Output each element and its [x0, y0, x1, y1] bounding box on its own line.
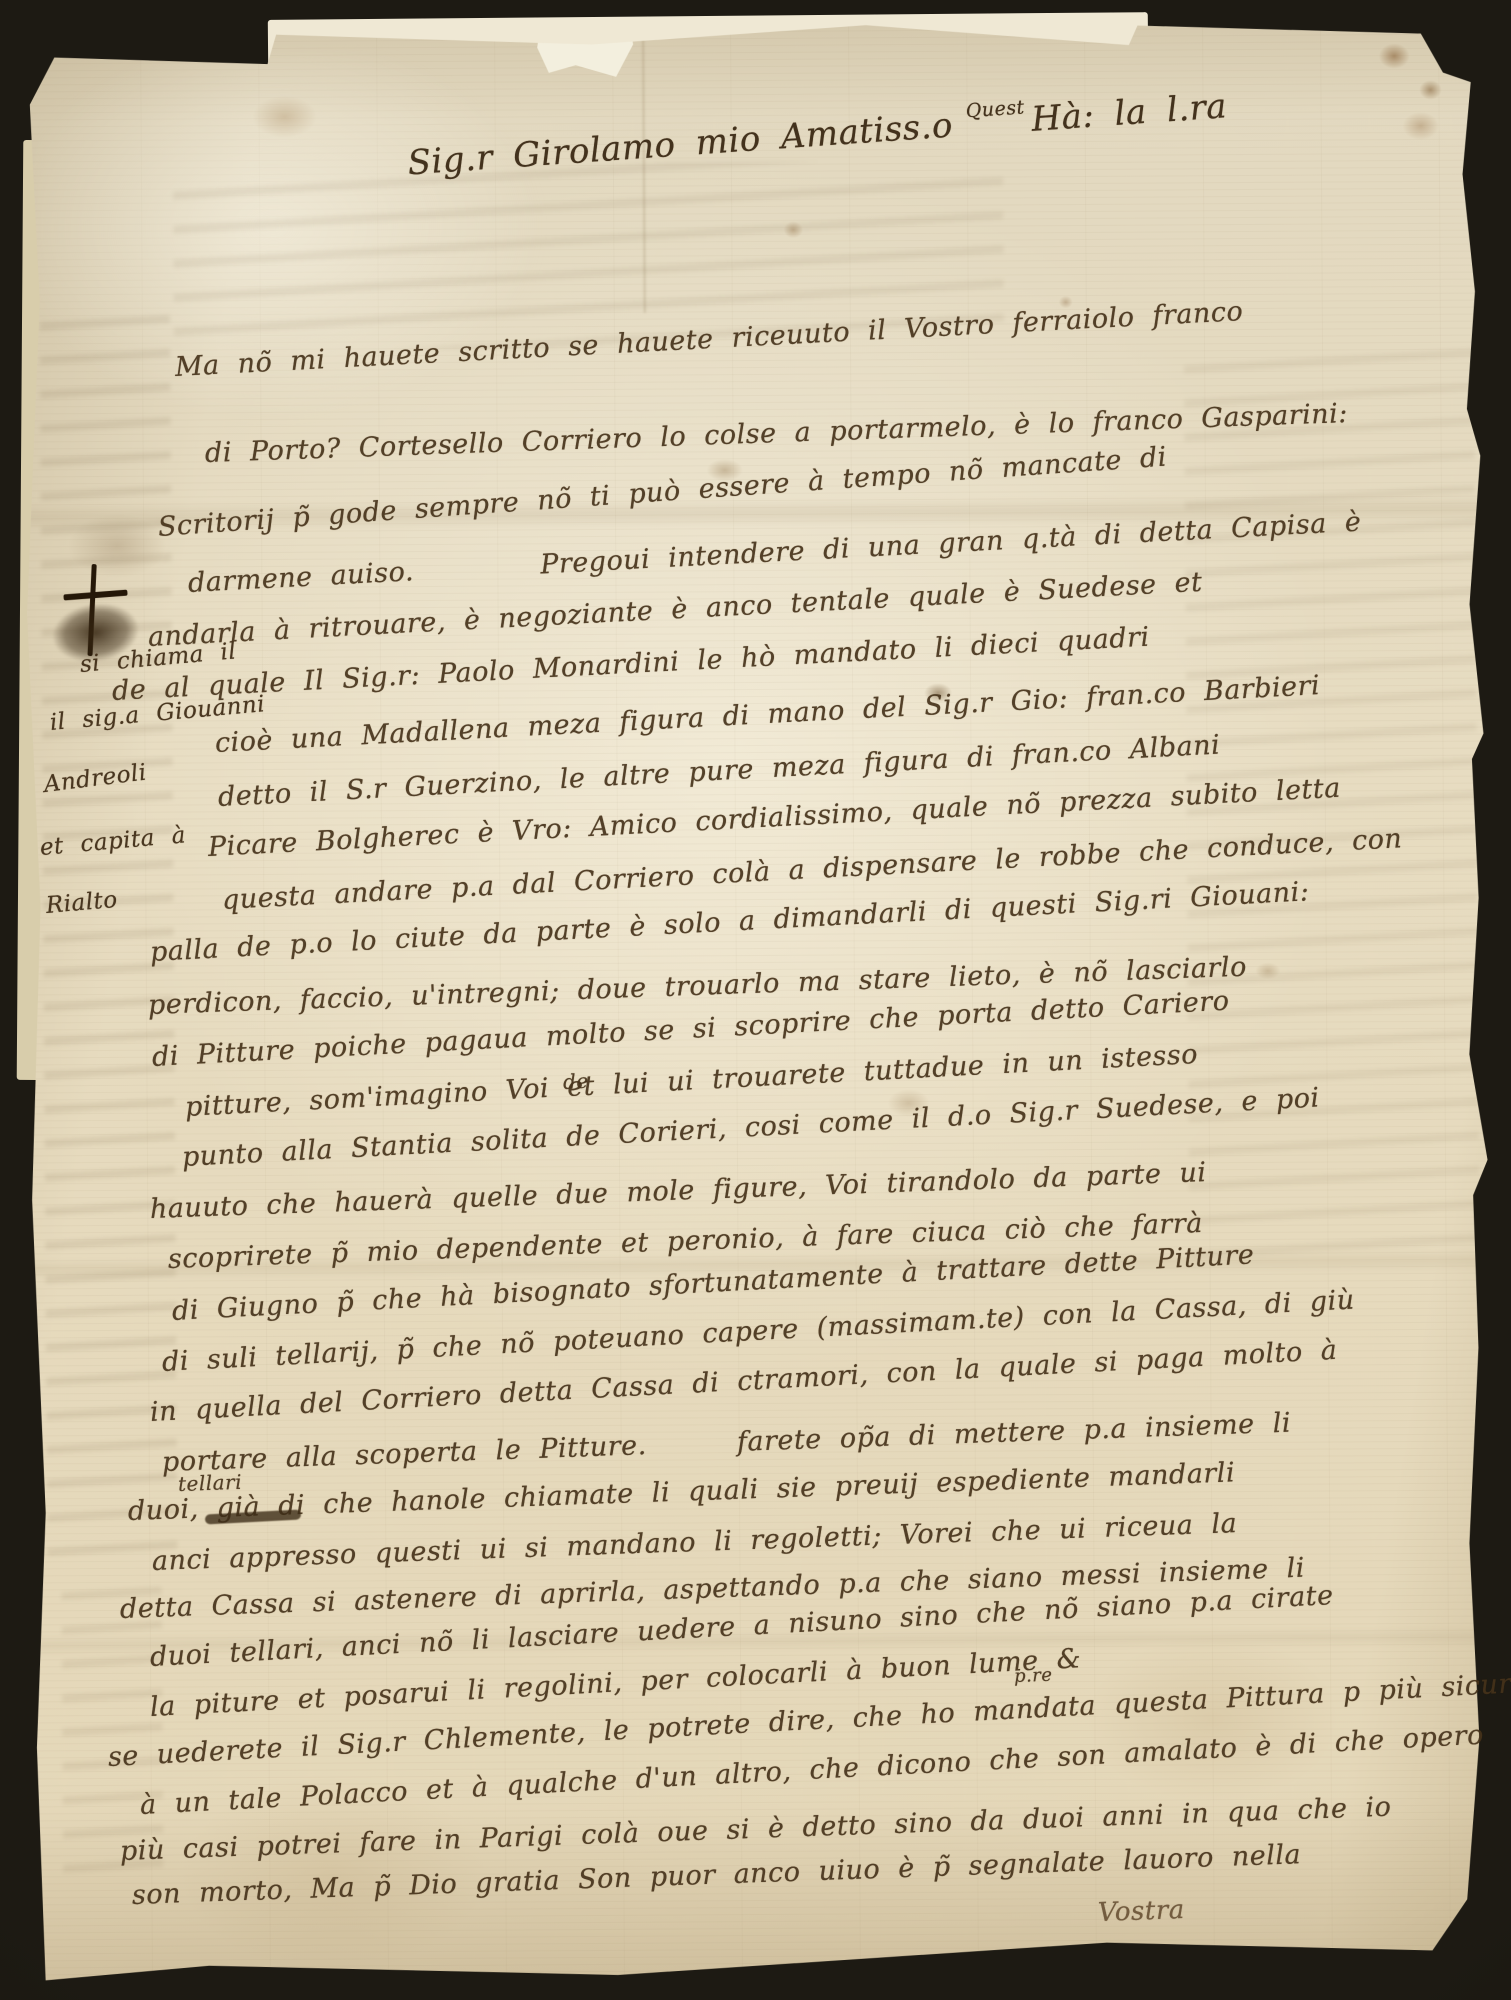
address-superscript: Quest	[965, 96, 1025, 122]
body-line: de	[562, 1069, 589, 1094]
catchword: Vostra	[1097, 1895, 1185, 1928]
handwriting-layer: Sig.r Girolamo mio Amatiss.oQuestHà: la …	[0, 0, 1511, 2000]
margin-note-line: Rialto	[45, 887, 119, 919]
margin-note-line: Andreoli	[42, 760, 148, 798]
body-line: Ma nõ mi hauete scritto se hauete riceuu…	[174, 296, 1244, 383]
body-line: tellari	[178, 1470, 243, 1496]
address-line: Sig.r Girolamo mio Amatiss.oQuestHà: la …	[282, 42, 1231, 231]
address-part1: Sig.r Girolamo mio Amatiss.o	[406, 105, 954, 183]
photo-background: Sig.r Girolamo mio Amatiss.oQuestHà: la …	[0, 0, 1511, 2000]
body-line: p.re	[1014, 1665, 1053, 1687]
margin-note-line: et capita à	[39, 822, 187, 861]
address-part2: Hà: la l.ra	[1030, 86, 1228, 140]
body-line: di Porto? Cortesello Corriero lo colse a…	[204, 398, 1348, 469]
